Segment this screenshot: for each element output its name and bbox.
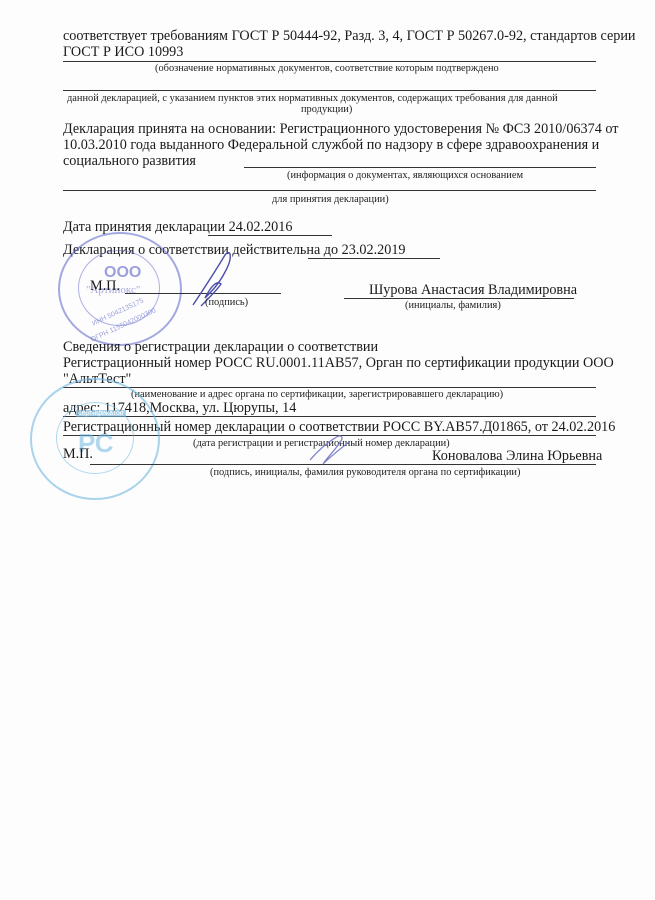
underline-normative: [63, 90, 596, 91]
company-stamp: ООО "Артинокс" ИНН 5042135175 ОГРН 11550…: [58, 232, 182, 346]
underline-valid-until: [308, 258, 440, 259]
declaration-page: соответствует требованиям ГОСТ Р 50444-9…: [0, 0, 655, 900]
caption-basis-2: для принятия декларации): [272, 193, 389, 206]
basis-line-2: 10.03.2010 года выданного Федеральной сл…: [63, 137, 599, 154]
declarant-name: Шурова Анастасия Владимировна: [369, 282, 577, 299]
caption-head: (подпись, инициалы, фамилия руководителя…: [210, 466, 520, 479]
cert-body-stamp: сертификатов РС: [30, 378, 160, 500]
caption-signature: (подпись): [205, 296, 248, 309]
standards-line-1: соответствует требованиям ГОСТ Р 50444-9…: [63, 28, 636, 45]
caption-basis-1: (информация о документах, являющихся осн…: [287, 169, 523, 182]
basis-line-1: Декларация принята на основании: Регистр…: [63, 121, 618, 138]
standards-line-2: ГОСТ Р ИСО 10993: [63, 44, 183, 61]
cert-stamp-center-text: сертификатов: [76, 410, 126, 417]
acceptance-date-row: Дата принятия декларации 24.02.2016: [63, 219, 292, 236]
registration-heading: Сведения о регистрации декларации о соот…: [63, 339, 378, 356]
seal-label-1: М.П.: [90, 278, 120, 295]
basis-line-3: социального развития: [63, 153, 196, 170]
underline-head: [90, 464, 596, 465]
caption-normative-3: продукции): [301, 103, 352, 116]
acceptance-date-value: 24.02.2016: [229, 219, 293, 235]
seal-label-2: М.П.: [63, 446, 93, 463]
underline-basis-2: [63, 190, 596, 191]
underline-acceptance-date: [208, 235, 332, 236]
caption-initials: (инициалы, фамилия): [405, 299, 501, 312]
acceptance-date-label: Дата принятия декларации: [63, 219, 225, 235]
underline-basis: [244, 167, 596, 168]
head-name: Коновалова Элина Юрьевна: [432, 448, 602, 465]
valid-until-value: 23.02.2019: [342, 242, 406, 258]
caption-normative-1: (обозначение нормативных документов, соо…: [155, 62, 499, 75]
cert-body-line-1: Регистрационный номер РОСС RU.0001.11АВ5…: [63, 355, 614, 372]
